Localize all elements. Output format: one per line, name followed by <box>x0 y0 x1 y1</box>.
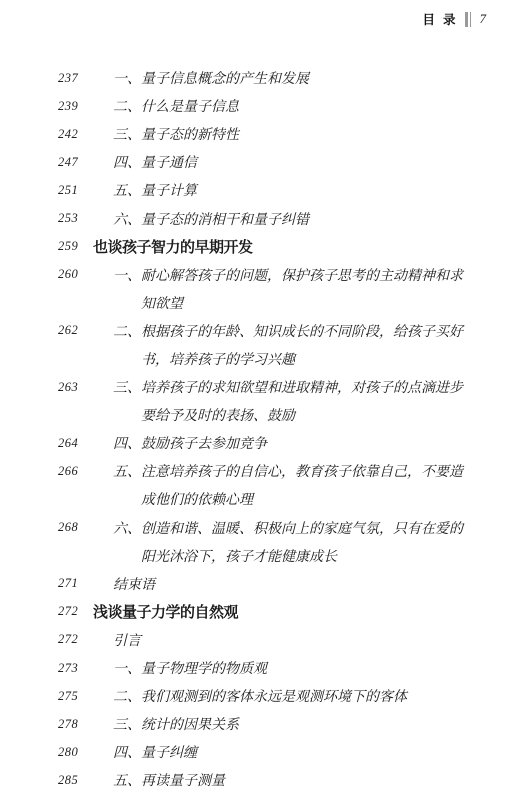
toc-entry-title: 一、量子信息概念的产生和发展 <box>113 64 510 92</box>
toc-entry-title: 六、量子态的消相干和量子纠错 <box>113 204 510 232</box>
toc-entry-line: 浅谈量子力学的自然观 <box>93 598 510 626</box>
header-page-number: 7 <box>480 11 487 27</box>
toc-entry: 271 结束语 <box>0 570 510 598</box>
toc-entry-title: 四、鼓励孩子去参加竞争 <box>113 429 510 457</box>
toc-entry-line: 二、什么是量子信息 <box>113 92 510 120</box>
toc-entry-line: 三、量子态的新特性 <box>113 120 510 148</box>
toc-entry-line: 结束语 <box>113 570 510 598</box>
toc-entry-line: 二、根据孩子的年龄、知识成长的不同阶段，给孩子买好 <box>113 317 510 345</box>
toc-entry-title: 三、统计的因果关系 <box>113 710 510 738</box>
toc-entry: 259 也谈孩子智力的早期开发 <box>0 233 510 261</box>
toc-entry-line: 六、创造和谐、温暖、积极向上的家庭气氛，只有在爱的 <box>113 514 510 542</box>
toc-entry-line: 四、鼓励孩子去参加竞争 <box>113 429 510 457</box>
toc-page: 目录 7 237 一、量子信息概念的产生和发展 239 二、什么是量子信息 24… <box>0 0 510 800</box>
toc-entry-line: 五、量子计算 <box>113 176 510 204</box>
toc-entry: 272 引言 <box>0 626 510 654</box>
toc-entry-line: 五、再读量子测量 <box>113 766 510 794</box>
toc-entry-title: 三、培养孩子的求知欲望和进取精神，对孩子的点滴进步要给予及时的表扬、鼓励 <box>113 373 510 429</box>
toc-entry-line: 三、统计的因果关系 <box>113 710 510 738</box>
header-divider-icon <box>465 12 471 27</box>
toc-entry: 251 五、量子计算 <box>0 176 510 204</box>
toc-entry-line: 也谈孩子智力的早期开发 <box>93 233 510 261</box>
toc-entry: 285 五、再读量子测量 <box>0 766 510 794</box>
toc-entry-page-number: 239 <box>58 92 78 120</box>
toc-entry: 264 四、鼓励孩子去参加竞争 <box>0 429 510 457</box>
toc-entry-page-number: 259 <box>58 233 78 261</box>
toc-entry-title: 浅谈量子力学的自然观 <box>93 598 510 626</box>
toc-entry-title: 引言 <box>113 626 510 654</box>
toc-entry-page-number: 260 <box>58 261 78 289</box>
toc-entry-page-number: 253 <box>58 204 78 232</box>
toc-entry-line: 知欲望 <box>113 289 510 317</box>
toc-entry-title: 五、注意培养孩子的自信心，教育孩子依靠自己，不要造成他们的依赖心理 <box>113 457 510 513</box>
header-title: 目录 <box>422 10 463 28</box>
toc-entry-page-number: 271 <box>58 570 78 598</box>
toc-entry-title: 四、量子通信 <box>113 148 510 176</box>
toc-entry-line: 要给予及时的表扬、鼓励 <box>113 401 510 429</box>
toc-entry: 268 六、创造和谐、温暖、积极向上的家庭气氛，只有在爱的阳光沐浴下，孩子才能健… <box>0 514 510 570</box>
toc-entry-page-number: 247 <box>58 148 78 176</box>
toc-entry-page-number: 280 <box>58 738 78 766</box>
toc-entry: 272 浅谈量子力学的自然观 <box>0 598 510 626</box>
toc-entry-title: 结束语 <box>113 570 510 598</box>
toc-list: 237 一、量子信息概念的产生和发展 239 二、什么是量子信息 242 三、量… <box>0 64 510 794</box>
toc-entry-page-number: 278 <box>58 710 78 738</box>
toc-entry-page-number: 285 <box>58 766 78 794</box>
toc-entry: 263 三、培养孩子的求知欲望和进取精神，对孩子的点滴进步要给予及时的表扬、鼓励 <box>0 373 510 429</box>
page-header: 目录 7 <box>422 10 486 28</box>
toc-entry-title: 四、量子纠缠 <box>113 738 510 766</box>
toc-entry: 253 六、量子态的消相干和量子纠错 <box>0 204 510 232</box>
toc-entry: 237 一、量子信息概念的产生和发展 <box>0 64 510 92</box>
toc-entry-page-number: 268 <box>58 514 78 542</box>
toc-entry-line: 一、量子物理学的物质观 <box>113 654 510 682</box>
toc-entry-title: 五、量子计算 <box>113 176 510 204</box>
toc-entry-page-number: 264 <box>58 429 78 457</box>
toc-entry-title: 一、量子物理学的物质观 <box>113 654 510 682</box>
toc-entry-page-number: 266 <box>58 457 78 485</box>
toc-entry: 239 二、什么是量子信息 <box>0 92 510 120</box>
toc-entry: 278 三、统计的因果关系 <box>0 710 510 738</box>
toc-entry-title: 三、量子态的新特性 <box>113 120 510 148</box>
toc-entry-line: 阳光沐浴下，孩子才能健康成长 <box>113 542 510 570</box>
toc-entry-page-number: 262 <box>58 317 78 345</box>
toc-entry: 266 五、注意培养孩子的自信心，教育孩子依靠自己，不要造成他们的依赖心理 <box>0 457 510 513</box>
toc-entry-page-number: 272 <box>58 598 78 626</box>
toc-entry-page-number: 272 <box>58 626 78 654</box>
toc-entry-line: 成他们的依赖心理 <box>113 485 510 513</box>
toc-entry-title: 二、什么是量子信息 <box>113 92 510 120</box>
toc-entry: 262 二、根据孩子的年龄、知识成长的不同阶段，给孩子买好书，培养孩子的学习兴趣 <box>0 317 510 373</box>
toc-entry: 260 一、耐心解答孩子的问题，保护孩子思考的主动精神和求知欲望 <box>0 261 510 317</box>
toc-entry: 280 四、量子纠缠 <box>0 738 510 766</box>
toc-entry: 242 三、量子态的新特性 <box>0 120 510 148</box>
toc-entry-page-number: 273 <box>58 654 78 682</box>
toc-entry-page-number: 242 <box>58 120 78 148</box>
toc-entry-line: 二、我们观测到的客体永远是观测环境下的客体 <box>113 682 510 710</box>
toc-entry-title: 也谈孩子智力的早期开发 <box>93 233 510 261</box>
toc-entry-title: 六、创造和谐、温暖、积极向上的家庭气氛，只有在爱的阳光沐浴下，孩子才能健康成长 <box>113 514 510 570</box>
toc-entry-line: 引言 <box>113 626 510 654</box>
toc-entry-line: 一、耐心解答孩子的问题，保护孩子思考的主动精神和求 <box>113 261 510 289</box>
toc-entry-page-number: 237 <box>58 64 78 92</box>
toc-entry-title: 二、我们观测到的客体永远是观测环境下的客体 <box>113 682 510 710</box>
toc-entry: 273 一、量子物理学的物质观 <box>0 654 510 682</box>
toc-entry: 247 四、量子通信 <box>0 148 510 176</box>
toc-entry-line: 一、量子信息概念的产生和发展 <box>113 64 510 92</box>
toc-entry-title: 五、再读量子测量 <box>113 766 510 794</box>
toc-entry-line: 三、培养孩子的求知欲望和进取精神，对孩子的点滴进步 <box>113 373 510 401</box>
toc-entry: 275 二、我们观测到的客体永远是观测环境下的客体 <box>0 682 510 710</box>
toc-entry-line: 书，培养孩子的学习兴趣 <box>113 345 510 373</box>
toc-entry-title: 二、根据孩子的年龄、知识成长的不同阶段，给孩子买好书，培养孩子的学习兴趣 <box>113 317 510 373</box>
toc-entry-line: 六、量子态的消相干和量子纠错 <box>113 204 510 232</box>
toc-entry-line: 四、量子通信 <box>113 148 510 176</box>
toc-entry-line: 四、量子纠缠 <box>113 738 510 766</box>
toc-entry-title: 一、耐心解答孩子的问题，保护孩子思考的主动精神和求知欲望 <box>113 261 510 317</box>
toc-entry-page-number: 275 <box>58 682 78 710</box>
toc-entry-page-number: 251 <box>58 176 78 204</box>
toc-entry-page-number: 263 <box>58 373 78 401</box>
toc-entry-line: 五、注意培养孩子的自信心，教育孩子依靠自己，不要造 <box>113 457 510 485</box>
